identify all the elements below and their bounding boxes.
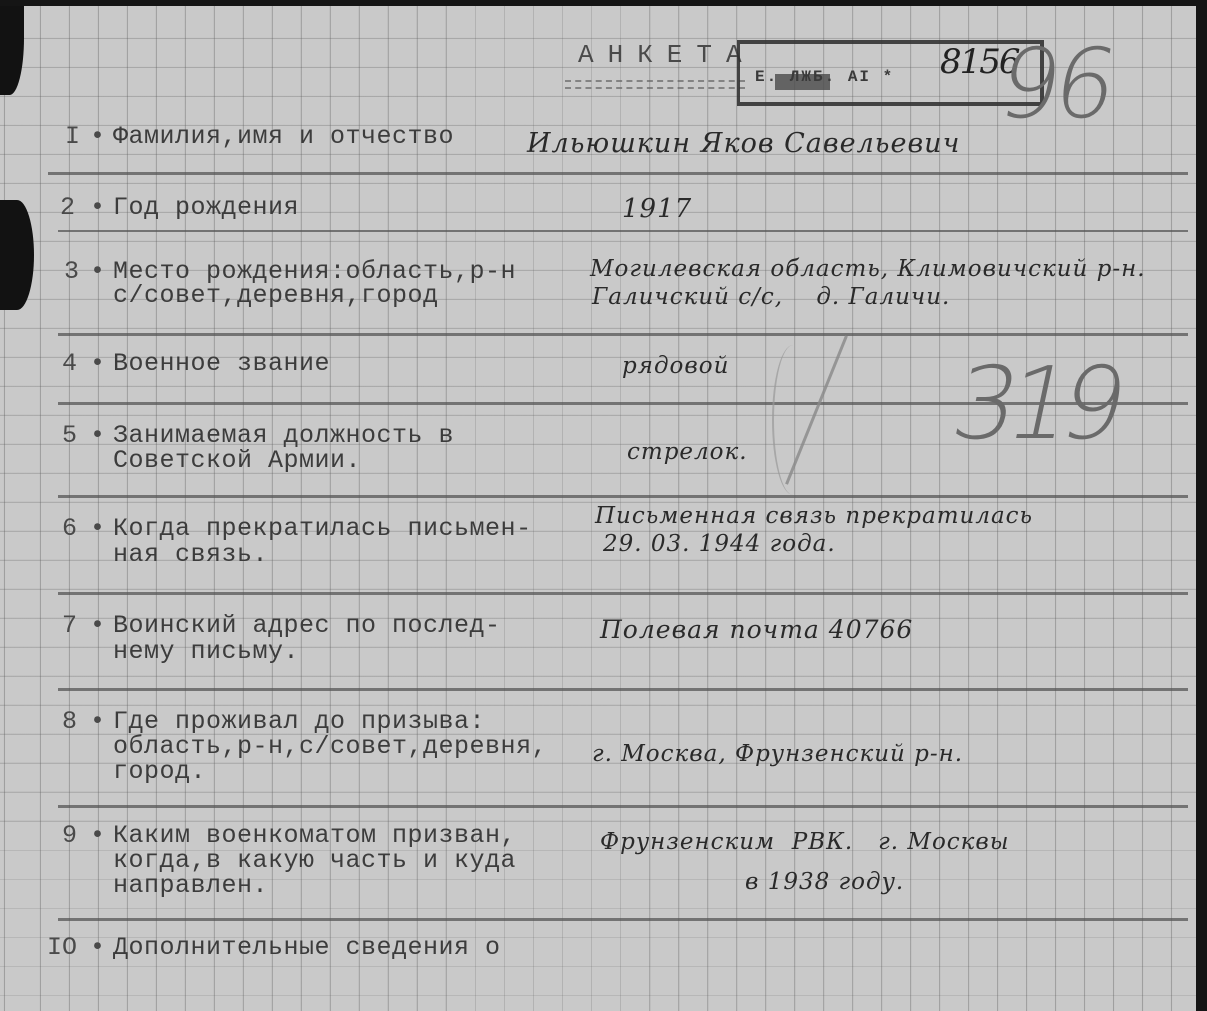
field-label: город. (113, 758, 206, 786)
row-divider (58, 333, 1188, 336)
title-underline (565, 80, 745, 89)
field-value-birth-year: 1917 (622, 195, 692, 223)
scan-border-top (0, 0, 1207, 6)
row-divider (58, 688, 1188, 691)
field-label: Когда прекратилась письмен- (113, 515, 532, 543)
field-value-draft-year: в 1938 году. (745, 868, 904, 896)
field-number: I (65, 123, 80, 151)
row-divider (48, 172, 1188, 175)
field-label: с/совет,деревня,город (113, 282, 439, 310)
pencil-mark (772, 345, 814, 495)
field-label: Дополнительные сведения о (113, 934, 501, 962)
pencil-number-mid: 319 (943, 345, 1129, 462)
field-number: IO (47, 934, 77, 962)
field-number: 4 (62, 350, 77, 378)
field-dot: • (90, 708, 105, 736)
field-dot: • (90, 123, 105, 151)
field-number: 2 (60, 194, 75, 222)
row-divider (58, 495, 1188, 498)
field-number: 3 (64, 258, 79, 286)
field-dot: • (90, 258, 105, 286)
field-label: Советской Армии. (113, 447, 361, 475)
questionnaire-page: АНКЕТА Е. ЛЖБ. АI * 8156 96 I • Фамилия,… (0, 0, 1196, 1011)
field-value-draft-office: Фрунзенским РВК. г. Москвы (600, 828, 1010, 856)
row-divider (58, 230, 1188, 232)
field-dot: • (90, 194, 105, 222)
torn-edge (0, 200, 34, 310)
field-value-name: Ильюшкин Яков Савельевич (527, 130, 960, 158)
field-dot: • (90, 822, 105, 850)
field-value-last-contact-date: 29. 03. 1944 года. (603, 530, 836, 558)
pencil-number-top: 96 (990, 28, 1120, 140)
row-divider (58, 592, 1188, 595)
field-label: Фамилия,имя и отчество (113, 123, 454, 151)
field-value-birthplace: Могилевская область, Климовичский р-н. (590, 255, 1146, 283)
field-number: 6 (62, 515, 77, 543)
document-title: АНКЕТА (578, 40, 756, 70)
field-number: 9 (62, 822, 77, 850)
field-value-position: стрелок. (627, 438, 748, 466)
field-label: ная связь. (113, 541, 268, 569)
field-value-residence: г. Москва, Фрунзенский р-н. (592, 740, 963, 768)
field-number: 7 (62, 612, 77, 640)
row-divider (58, 918, 1188, 921)
field-label: Военное звание (113, 350, 330, 378)
field-dot: • (90, 350, 105, 378)
scan-border-right (1196, 0, 1207, 1011)
stamp-text: Е. ЛЖБ. АI * (755, 68, 894, 86)
row-divider (58, 805, 1188, 808)
field-value-birthplace: Галичский с/с, д. Галичи. (592, 283, 950, 311)
field-label: Год рождения (113, 194, 299, 222)
field-value-military-address: Полевая почта 40766 (600, 616, 913, 644)
field-dot: • (90, 612, 105, 640)
field-label: Воинский адрес по послед- (113, 612, 501, 640)
field-dot: • (90, 422, 105, 450)
field-value-rank: рядовой (622, 352, 729, 380)
field-value-last-contact: Письменная связь прекратилась (595, 502, 1033, 530)
field-number: 8 (62, 708, 77, 736)
field-number: 5 (62, 422, 77, 450)
field-label: направлен. (113, 872, 268, 900)
torn-edge (0, 0, 24, 95)
field-dot: • (90, 934, 105, 962)
field-dot: • (90, 515, 105, 543)
field-label: нему письму. (113, 638, 299, 666)
